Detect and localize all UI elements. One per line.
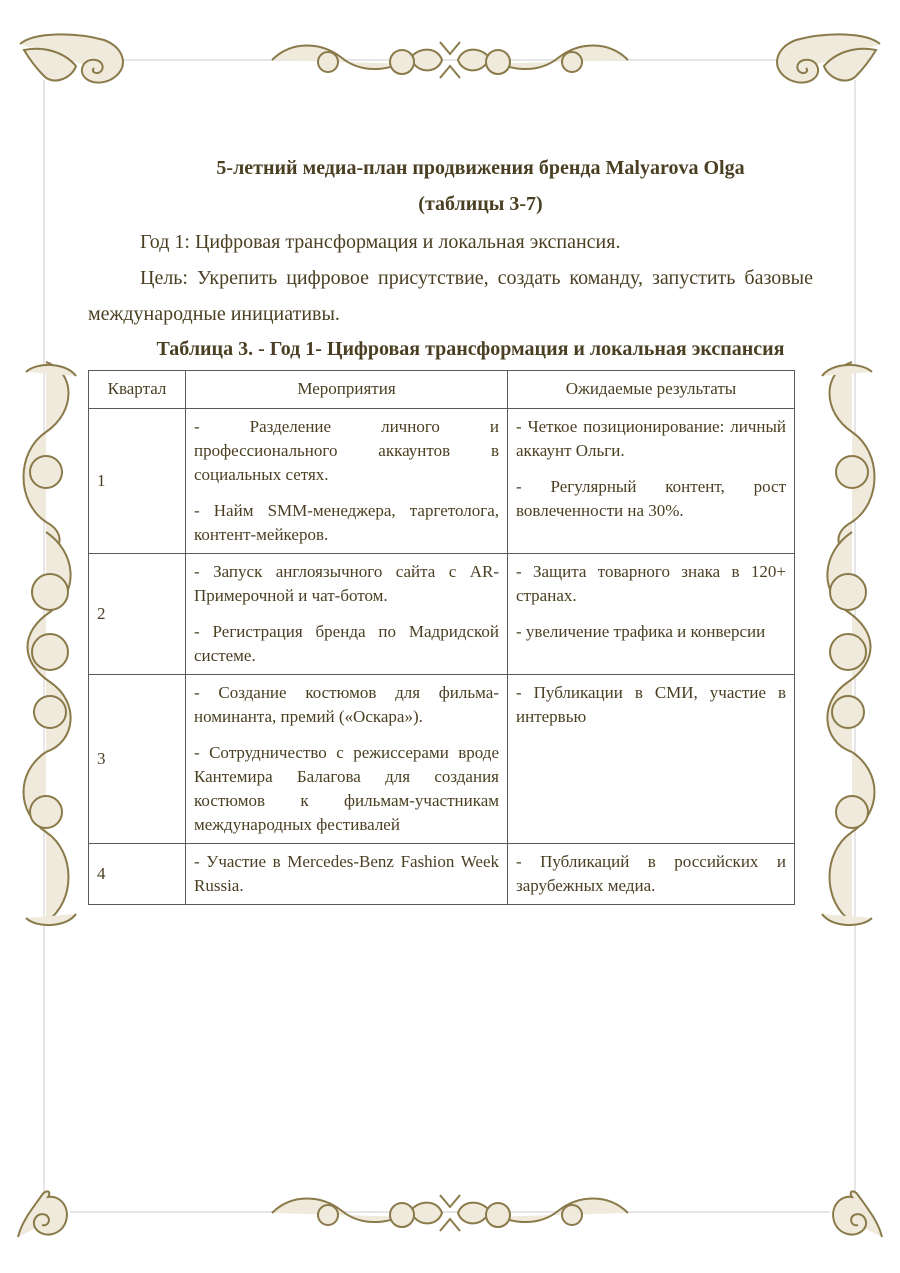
- activity-item: - Создание костюмов для фильма-номинанта…: [194, 681, 499, 729]
- corner-scroll-ornament-icon: [828, 1185, 888, 1245]
- quarter-cell: 3: [89, 675, 186, 844]
- column-header-quarter: Квартал: [89, 371, 186, 409]
- activity-item: - Регистрация бренда по Мадридской систе…: [194, 620, 499, 668]
- activity-item: - Участие в Mercedes-Benz Fashion Week R…: [194, 850, 499, 898]
- activities-cell: - Создание костюмов для фильма-номинанта…: [186, 675, 508, 844]
- table-row: 4 - Участие в Mercedes-Benz Fashion Week…: [89, 844, 795, 905]
- corner-scroll-ornament-icon: [12, 1185, 72, 1245]
- quarter-cell: 1: [89, 409, 186, 554]
- table-row: 1 - Разделение личного и профессионально…: [89, 409, 795, 554]
- column-header-activities: Мероприятия: [186, 371, 508, 409]
- activities-cell: - Участие в Mercedes-Benz Fashion Week R…: [186, 844, 508, 905]
- result-item: - Регулярный контент, рост вовлеченности…: [516, 475, 786, 523]
- corner-scroll-ornament-icon: [14, 30, 124, 90]
- top-filigree-ornament-icon: [262, 32, 638, 88]
- activity-item: - Запуск англоязычного сайта с AR-Пример…: [194, 560, 499, 608]
- result-item: - увеличение трафика и конверсии: [516, 620, 786, 644]
- quarter-cell: 4: [89, 844, 186, 905]
- table-header-row: Квартал Мероприятия Ожидаемые результаты: [89, 371, 795, 409]
- year-heading-paragraph: Год 1: Цифровая трансформация и локальна…: [88, 224, 813, 260]
- result-item: - Защита товарного знака в 120+ странах.: [516, 560, 786, 608]
- quarter-cell: 2: [89, 554, 186, 675]
- media-plan-table: Квартал Мероприятия Ожидаемые результаты…: [88, 370, 795, 905]
- activity-item: - Разделение личного и профессионального…: [194, 415, 499, 487]
- document-subtitle: (таблицы 3-7): [88, 186, 813, 222]
- result-item: - Публикаций в российских и зарубежных м…: [516, 850, 786, 898]
- goal-paragraph: Цель: Укрепить цифровое присутствие, соз…: [88, 260, 813, 332]
- document-body: 5-летний медиа-план продвижения бренда M…: [88, 150, 813, 905]
- activities-cell: - Запуск англоязычного сайта с AR-Пример…: [186, 554, 508, 675]
- corner-scroll-ornament-icon: [776, 30, 886, 90]
- results-cell: - Публикации в СМИ, участие в интервью: [508, 675, 795, 844]
- result-item: - Публикации в СМИ, участие в интервью: [516, 681, 786, 729]
- right-filigree-border-icon: [812, 352, 892, 934]
- left-filigree-border-icon: [6, 352, 86, 934]
- results-cell: - Публикаций в российских и зарубежных м…: [508, 844, 795, 905]
- document-title: 5-летний медиа-план продвижения бренда M…: [88, 150, 813, 186]
- activity-item: - Найм SMM-менеджера, таргетолога, конте…: [194, 499, 499, 547]
- result-item: - Четкое позиционирование: личный аккаун…: [516, 415, 786, 463]
- table-row: 2 - Запуск англоязычного сайта с AR-Прим…: [89, 554, 795, 675]
- bottom-filigree-ornament-icon: [262, 1185, 638, 1241]
- results-cell: - Защита товарного знака в 120+ странах.…: [508, 554, 795, 675]
- table-row: 3 - Создание костюмов для фильма-номинан…: [89, 675, 795, 844]
- activity-item: - Сотрудничество с режиссерами вроде Кан…: [194, 741, 499, 837]
- table-caption: Таблица 3. - Год 1- Цифровая трансформац…: [88, 332, 833, 366]
- results-cell: - Четкое позиционирование: личный аккаун…: [508, 409, 795, 554]
- column-header-results: Ожидаемые результаты: [508, 371, 795, 409]
- activities-cell: - Разделение личного и профессионального…: [186, 409, 508, 554]
